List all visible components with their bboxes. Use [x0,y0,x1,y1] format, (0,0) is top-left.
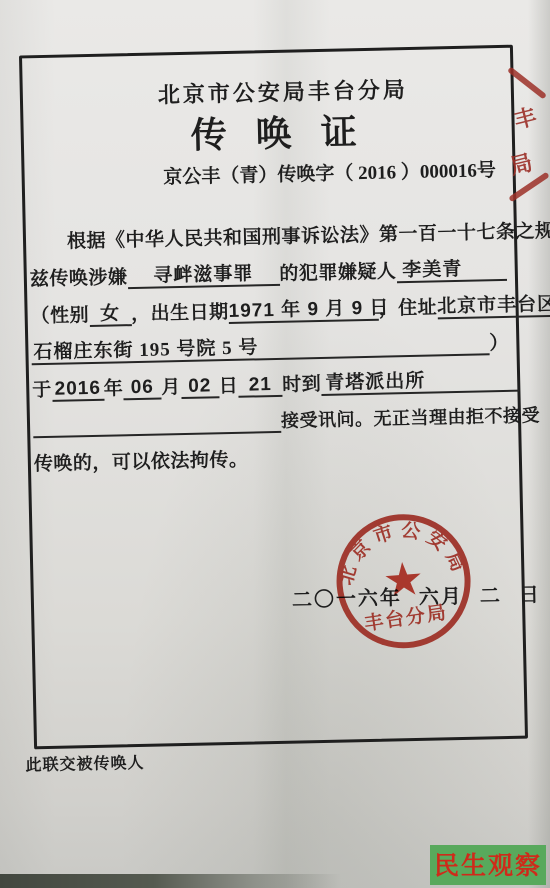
watermark-badge: 民生观察 [430,845,546,885]
seal-graphic: 北京市公安局 ★ 丰台分局 [329,506,479,656]
copy-recipient-note: 此联交被传唤人 [25,750,144,776]
gender-field: 女 [89,302,132,327]
hour-label: 时到 [282,374,321,396]
close-paren: ） [489,333,509,354]
address-label: ，住址 [378,297,437,319]
seal-fragment-char-2: 局 [507,146,536,181]
gender-label: （性别 [30,305,89,327]
suspected-crime-field: 寻衅滋事罪 [127,262,279,289]
document-title: 传 唤 证 [33,101,524,163]
summon-prefix: 兹传唤涉嫌 [30,267,128,290]
hour-field: 21 [238,373,283,398]
suspect-label: 的犯罪嫌疑人 [279,261,396,285]
year-field: 2016 [52,377,105,402]
month-label: 月 [161,377,181,398]
month-field: 06 [123,375,162,400]
edge-seal-fragment: 丰 局 [496,66,550,216]
official-seal: 北京市公安局 ★ 丰台分局 [329,506,479,656]
dob-field: 1971 年 9 月 9 日 [228,297,378,324]
table-edge-strip [0,874,341,888]
seal-fragment-arc-top [507,66,547,99]
photo-background: 北京市公安局丰台分局 传 唤 证 京公丰（青）传唤字（ 2016 ）000016… [0,0,550,888]
seal-bottom-text: 丰台分局 [363,600,449,635]
seal-star-icon: ★ [381,553,426,607]
dob-label: ，出生日期 [131,302,229,325]
location-field: 青塔派出所 [321,368,519,396]
date-prefix: 于 [32,380,52,401]
year-label: 年 [104,378,124,399]
interrogation-text: 接受讯问。无正当理由拒不接受 [281,405,540,431]
compulsory-text: 传唤的，可以依法拘传。 [34,450,249,476]
seal-fragment-char-1: 丰 [511,100,540,135]
day-field: 02 [181,374,220,399]
summons-document: 北京市公安局丰台分局 传 唤 证 京公丰（青）传唤字（ 2016 ）000016… [0,0,550,888]
address-field-1: 北京市丰台区 [437,293,550,320]
day-label: 日 [219,376,239,397]
suspect-name-field: 李美青 [396,257,506,283]
